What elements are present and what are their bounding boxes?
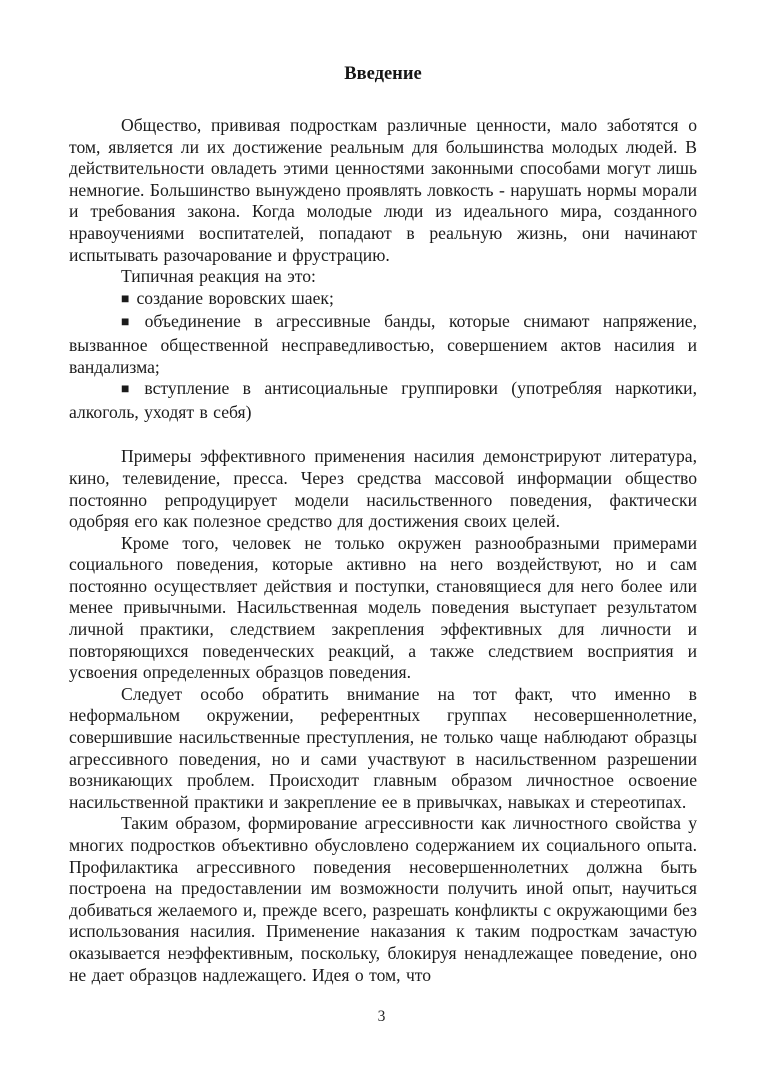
paragraph-informal-groups: Следует особо обратить внимание на тот ф…	[69, 684, 697, 814]
bullet-square-icon: ■	[121, 292, 129, 307]
bullet-square-icon: ■	[121, 315, 138, 330]
paragraph-intro: Общество, прививая подросткам различные …	[69, 115, 697, 266]
paragraph-conclusion: Таким образом, формирование агрессивност…	[69, 813, 697, 986]
page-title: Введение	[69, 64, 697, 85]
paragraph-personal-practice: Кроме того, человек не только окружен ра…	[69, 533, 697, 684]
paragraph-media-examples: Примеры эффективного применения насилия …	[69, 446, 697, 532]
bullet-item: ■объединение в агрессивные банды, которы…	[69, 311, 697, 378]
bullet-item-text: создание воровских шаек;	[136, 288, 333, 308]
bullet-item: ■вступление в антисоциальные группировки…	[69, 378, 697, 423]
page-number: 3	[0, 1008, 763, 1026]
reaction-intro-line: Типичная реакция на это:	[69, 266, 697, 288]
bullet-square-icon: ■	[121, 382, 137, 397]
document-page: Введение Общество, прививая подросткам р…	[0, 0, 763, 1080]
bullet-item: ■создание воровских шаек;	[69, 288, 697, 312]
bullet-item-text: объединение в агрессивные банды, которые…	[69, 311, 697, 376]
bullet-item-text: вступление в антисоциальные группировки …	[69, 378, 697, 422]
